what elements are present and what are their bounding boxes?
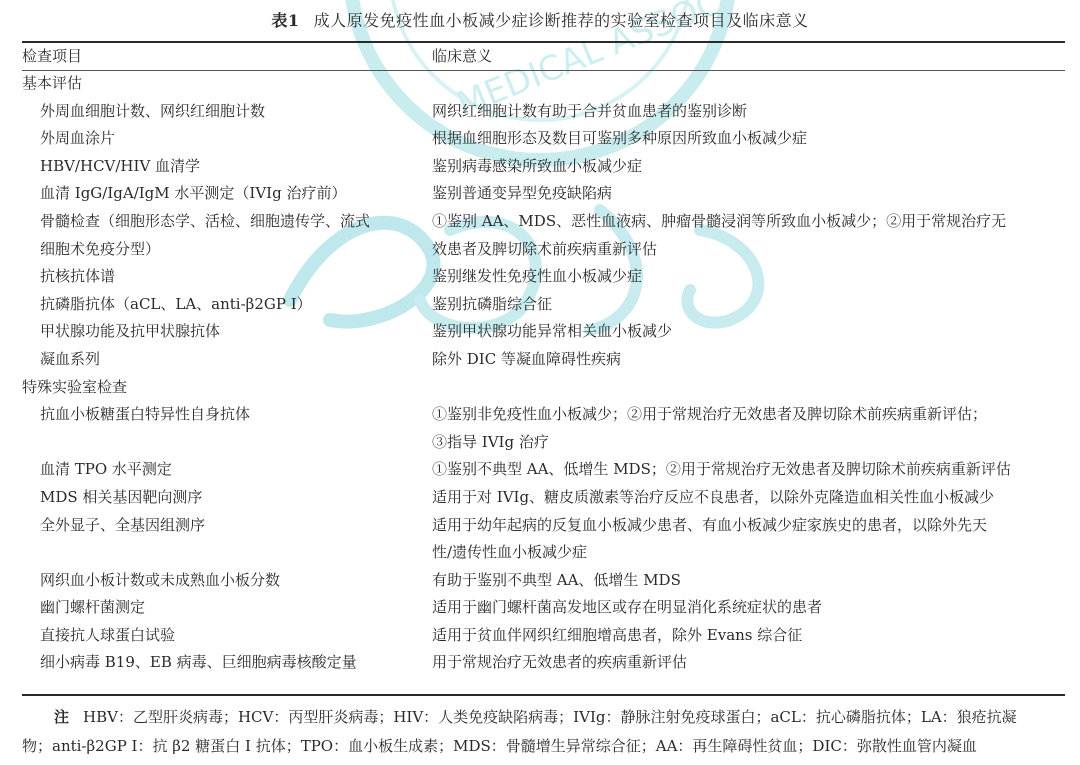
cell-line: 幽门螺杆菌测定 [40,594,432,622]
cell-test-item: 外周血细胞计数、网织红细胞计数 [22,98,432,126]
cell-clinical-significance: 鉴别继发性免疫性血小板减少症 [432,263,1065,291]
cell-line: 细胞术免疫分型） [40,236,432,264]
cell-test-item: MDS 相关基因靶向测序 [22,484,432,512]
table-body: 基本评估外周血细胞计数、网织红细胞计数网织红细胞计数有助于合并贫血患者的鉴别诊断… [22,70,1065,677]
cell-test-item: 抗核抗体谱 [22,263,432,291]
table-group-row: 基本评估 [22,70,1065,98]
cell-line: 适用于幽门螺杆菌高发地区或存在明显消化系统症状的患者 [432,594,1065,622]
cell-line: 血清 TPO 水平测定 [40,456,432,484]
cell-test-item: 骨髓检查（细胞形态学、活检、细胞遗传学、流式细胞术免疫分型） [22,208,432,263]
cell-line: ③指导 IVIg 治疗 [432,429,1065,457]
cell-line: 细小病毒 B19、EB 病毒、巨细胞病毒核酸定量 [40,649,432,677]
table-row: 抗血小板糖蛋白特异性自身抗体①鉴别非免疫性血小板减少；②用于常规治疗无效患者及脾… [22,401,1065,456]
cell-line: 鉴别病毒感染所致血小板减少症 [432,153,1065,181]
table-row: HBV/HCV/HIV 血清学鉴别病毒感染所致血小板减少症 [22,153,1065,181]
cell-line: 适用于贫血伴网织红细胞增高患者，除外 Evans 综合征 [432,622,1065,650]
table-row: 血清 TPO 水平测定①鉴别不典型 AA、低增生 MDS；②用于常规治疗无效患者… [22,456,1065,484]
notes-line-1: 注HBV：乙型肝炎病毒；HCV：丙型肝炎病毒；HIV：人类免疫缺陷病毒；IVIg… [22,703,1065,732]
cell-line: ①鉴别 AA、MDS、恶性血液病、肿瘤骨髓浸润等所致血小板减少；②用于常规治疗无 [432,208,1065,236]
cell-test-item: 外周血涂片 [22,125,432,153]
cell-line: 外周血涂片 [40,125,432,153]
cell-line: 骨髓检查（细胞形态学、活检、细胞遗传学、流式 [40,208,432,236]
cell-clinical-significance: 鉴别甲状腺功能异常相关血小板减少 [432,318,1065,346]
cell-line: 鉴别普通变异型免疫缺陷病 [432,180,1065,208]
cell-line [40,429,432,457]
cell-clinical-significance [432,70,1065,98]
cell-test-item: 抗血小板糖蛋白特异性自身抗体 [22,401,432,456]
cell-test-item: 全外显子、全基因组测序 [22,512,432,567]
cell-line: 效患者及脾切除术前疾病重新评估 [432,236,1065,264]
notes-label: 注 [54,708,69,726]
cell-test-item: 抗磷脂抗体（aCL、LA、anti-β2GP Ⅰ） [22,291,432,319]
cell-line: HBV/HCV/HIV 血清学 [40,153,432,181]
cell-line: 特殊实验室检查 [22,374,432,402]
cell-clinical-significance: 鉴别抗磷脂综合征 [432,291,1065,319]
cell-line: 网织红细胞计数有助于合并贫血患者的鉴别诊断 [432,98,1065,126]
cell-test-item: 特殊实验室检查 [22,374,432,402]
cell-line: MDS 相关基因靶向测序 [40,484,432,512]
table-row: 凝血系列除外 DIC 等凝血障碍性疾病 [22,346,1065,374]
column-header-clinical-significance: 临床意义 [432,43,1065,70]
cell-clinical-significance: 鉴别普通变异型免疫缺陷病 [432,180,1065,208]
cell-test-item: 甲状腺功能及抗甲状腺抗体 [22,318,432,346]
cell-line: 性/遗传性血小板减少症 [432,539,1065,567]
table-row: 骨髓检查（细胞形态学、活检、细胞遗传学、流式细胞术免疫分型）①鉴别 AA、MDS… [22,208,1065,263]
cell-line: 抗核抗体谱 [40,263,432,291]
cell-line: 抗磷脂抗体（aCL、LA、anti-β2GP Ⅰ） [40,291,432,319]
cell-line: 鉴别继发性免疫性血小板减少症 [432,263,1065,291]
lab-tests-table: 检查项目 临床意义 基本评估外周血细胞计数、网织红细胞计数网织红细胞计数有助于合… [22,43,1065,677]
cell-test-item: 基本评估 [22,70,432,98]
notes-text-1: HBV：乙型肝炎病毒；HCV：丙型肝炎病毒；HIV：人类免疫缺陷病毒；IVIg：… [83,708,1017,726]
table-row: 抗磷脂抗体（aCL、LA、anti-β2GP Ⅰ）鉴别抗磷脂综合征 [22,291,1065,319]
table-header: 检查项目 临床意义 [22,43,1065,70]
table-row: 血清 IgG/IgA/IgM 水平测定（IVIg 治疗前）鉴别普通变异型免疫缺陷… [22,180,1065,208]
cell-line [432,374,1065,402]
table-row: 幽门螺杆菌测定适用于幽门螺杆菌高发地区或存在明显消化系统症状的患者 [22,594,1065,622]
cell-line: 基本评估 [22,70,432,98]
table-number: 表1 [271,11,299,30]
cell-line: 根据血细胞形态及数目可鉴别多种原因所致血小板减少症 [432,125,1065,153]
cell-clinical-significance: 适用于对 IVIg、糖皮质激素等治疗反应不良患者，以除外克隆造血相关性血小板减少 [432,484,1065,512]
cell-clinical-significance [432,374,1065,402]
cell-clinical-significance: 鉴别病毒感染所致血小板减少症 [432,153,1065,181]
cell-test-item: HBV/HCV/HIV 血清学 [22,153,432,181]
cell-clinical-significance: 网织红细胞计数有助于合并贫血患者的鉴别诊断 [432,98,1065,126]
notes-line-2: 物；anti-β2GP Ⅰ：抗 β2 糖蛋白 Ⅰ 抗体；TPO：血小板生成素；M… [22,732,1065,761]
table-title: 成人原发免疫性血小板减少症诊断推荐的实验室检查项目及临床意义 [314,11,809,30]
table-row: 外周血细胞计数、网织红细胞计数网织红细胞计数有助于合并贫血患者的鉴别诊断 [22,98,1065,126]
cell-line: 除外 DIC 等凝血障碍性疾病 [432,346,1065,374]
cell-clinical-significance: 用于常规治疗无效患者的疾病重新评估 [432,649,1065,677]
cell-clinical-significance: 适用于幽门螺杆菌高发地区或存在明显消化系统症状的患者 [432,594,1065,622]
table-row: 网织血小板计数或未成熟血小板分数有助于鉴别不典型 AA、低增生 MDS [22,567,1065,595]
table-row: 直接抗人球蛋白试验适用于贫血伴网织红细胞增高患者，除外 Evans 综合征 [22,622,1065,650]
table-row: 细小病毒 B19、EB 病毒、巨细胞病毒核酸定量用于常规治疗无效患者的疾病重新评… [22,649,1065,677]
cell-test-item: 幽门螺杆菌测定 [22,594,432,622]
cell-line: 凝血系列 [40,346,432,374]
cell-line: 全外显子、全基因组测序 [40,512,432,540]
cell-clinical-significance: 根据血细胞形态及数目可鉴别多种原因所致血小板减少症 [432,125,1065,153]
table-row: 甲状腺功能及抗甲状腺抗体鉴别甲状腺功能异常相关血小板减少 [22,318,1065,346]
cell-line: 外周血细胞计数、网织红细胞计数 [40,98,432,126]
cell-line [432,70,1065,98]
cell-clinical-significance: 除外 DIC 等凝血障碍性疾病 [432,346,1065,374]
cell-clinical-significance: 适用于幼年起病的反复血小板减少患者、有血小板减少症家族史的患者，以除外先天性/遗… [432,512,1065,567]
cell-line: 抗血小板糖蛋白特异性自身抗体 [40,401,432,429]
cell-test-item: 细小病毒 B19、EB 病毒、巨细胞病毒核酸定量 [22,649,432,677]
cell-line [40,539,432,567]
cell-clinical-significance: 适用于贫血伴网织红细胞增高患者，除外 Evans 综合征 [432,622,1065,650]
table-row: 全外显子、全基因组测序适用于幼年起病的反复血小板减少患者、有血小板减少症家族史的… [22,512,1065,567]
table-notes: 注HBV：乙型肝炎病毒；HCV：丙型肝炎病毒；HIV：人类免疫缺陷病毒；IVIg… [22,703,1065,761]
bottom-rule [22,694,1065,696]
table-row: MDS 相关基因靶向测序适用于对 IVIg、糖皮质激素等治疗反应不良患者，以除外… [22,484,1065,512]
cell-clinical-significance: ①鉴别非免疫性血小板减少；②用于常规治疗无效患者及脾切除术前疾病重新评估；③指导… [432,401,1065,456]
table-row: 外周血涂片根据血细胞形态及数目可鉴别多种原因所致血小板减少症 [22,125,1065,153]
cell-line: 鉴别抗磷脂综合征 [432,291,1065,319]
cell-line: 用于常规治疗无效患者的疾病重新评估 [432,649,1065,677]
cell-line: 网织血小板计数或未成熟血小板分数 [40,567,432,595]
table-group-row: 特殊实验室检查 [22,374,1065,402]
cell-line: 适用于对 IVIg、糖皮质激素等治疗反应不良患者，以除外克隆造血相关性血小板减少 [432,484,1065,512]
cell-line: 适用于幼年起病的反复血小板减少患者、有血小板减少症家族史的患者，以除外先天 [432,512,1065,540]
cell-test-item: 血清 TPO 水平测定 [22,456,432,484]
table-caption: 表1成人原发免疫性血小板减少症诊断推荐的实验室检查项目及临床意义 [0,8,1080,31]
cell-clinical-significance: ①鉴别 AA、MDS、恶性血液病、肿瘤骨髓浸润等所致血小板减少；②用于常规治疗无… [432,208,1065,263]
cell-test-item: 凝血系列 [22,346,432,374]
cell-line: 直接抗人球蛋白试验 [40,622,432,650]
table-row: 抗核抗体谱鉴别继发性免疫性血小板减少症 [22,263,1065,291]
cell-line: 有助于鉴别不典型 AA、低增生 MDS [432,567,1065,595]
column-header-test-item: 检查项目 [22,43,432,70]
cell-test-item: 网织血小板计数或未成熟血小板分数 [22,567,432,595]
cell-clinical-significance: ①鉴别不典型 AA、低增生 MDS；②用于常规治疗无效患者及脾切除术前疾病重新评… [432,456,1065,484]
cell-line: 血清 IgG/IgA/IgM 水平测定（IVIg 治疗前） [40,180,432,208]
cell-line: 鉴别甲状腺功能异常相关血小板减少 [432,318,1065,346]
cell-line: ①鉴别非免疫性血小板减少；②用于常规治疗无效患者及脾切除术前疾病重新评估； [432,401,1065,429]
cell-line: ①鉴别不典型 AA、低增生 MDS；②用于常规治疗无效患者及脾切除术前疾病重新评… [432,456,1065,484]
cell-test-item: 直接抗人球蛋白试验 [22,622,432,650]
cell-test-item: 血清 IgG/IgA/IgM 水平测定（IVIg 治疗前） [22,180,432,208]
cell-line: 甲状腺功能及抗甲状腺抗体 [40,318,432,346]
cell-clinical-significance: 有助于鉴别不典型 AA、低增生 MDS [432,567,1065,595]
